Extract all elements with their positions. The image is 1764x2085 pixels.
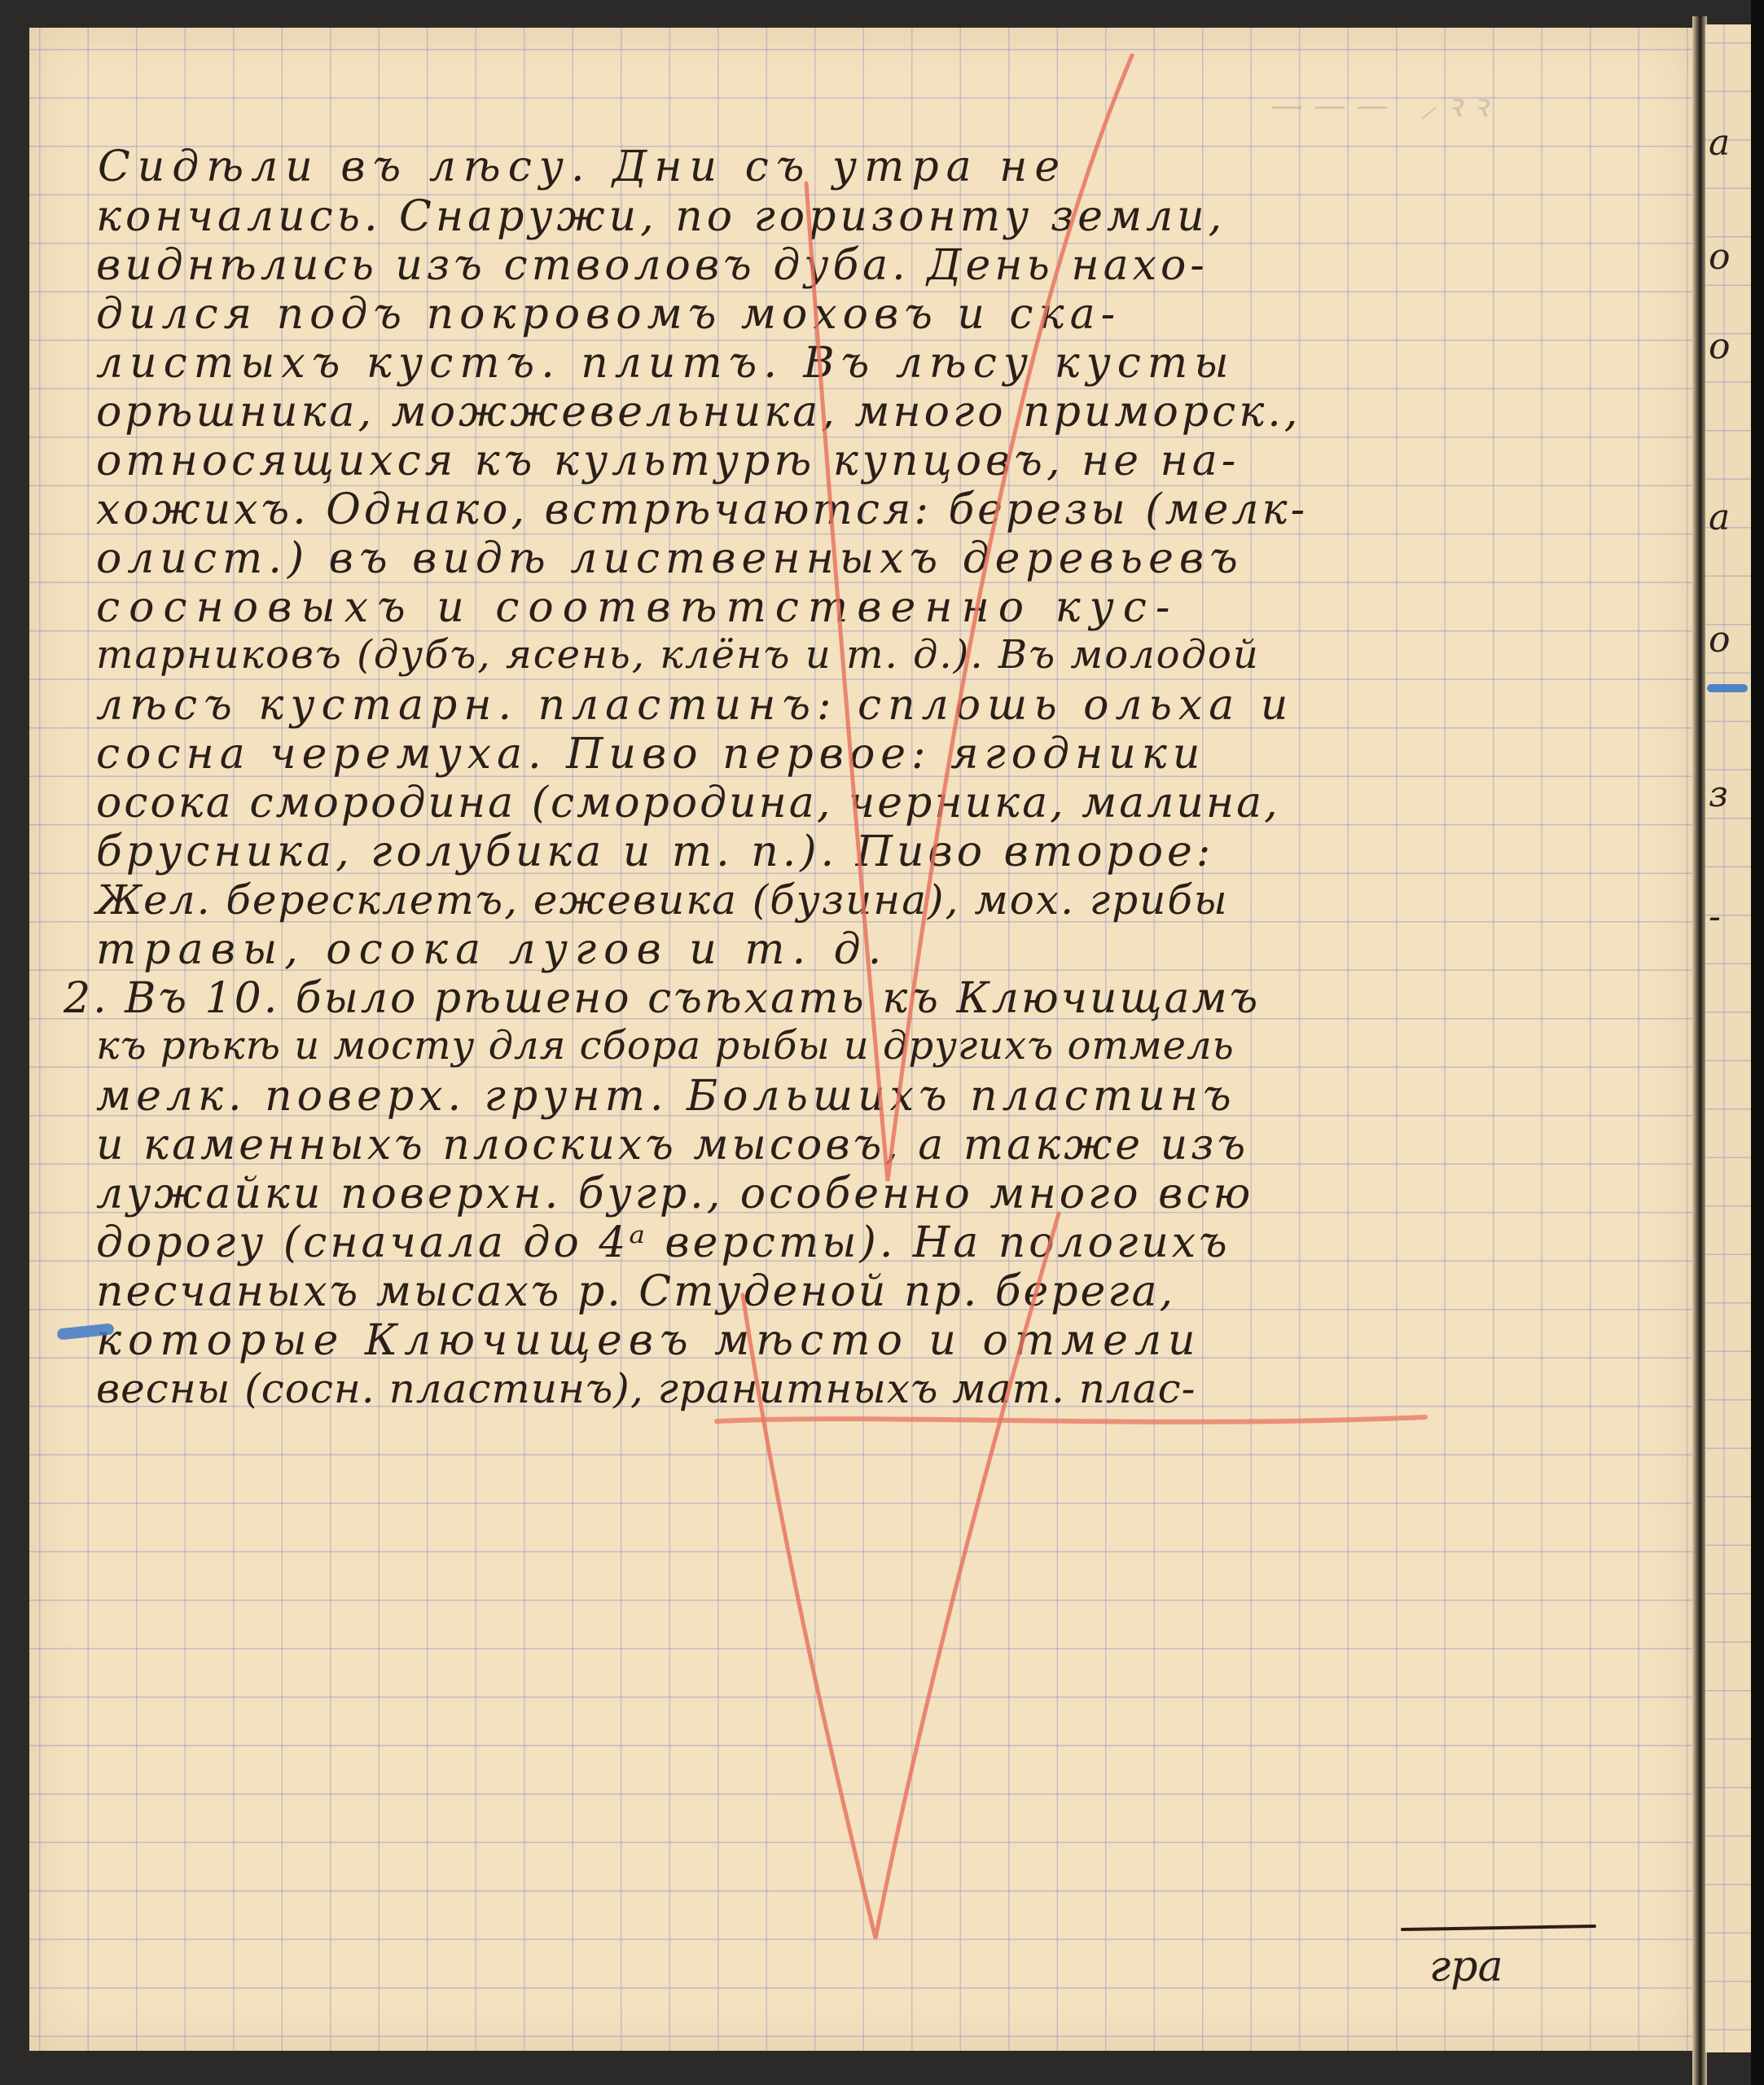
show-through-pencil: — — — ⸝ ꝛ ꝛ (1270, 81, 1488, 126)
text-line: Жел. бересклетъ, ежевика (бузина), мох. … (96, 876, 1229, 924)
text-line: олист.) въ видѣ лиственныхъ деревьевъ (96, 534, 1244, 583)
text-line: кончались. Снаружи, по горизонту земли, (96, 192, 1226, 241)
text-line: дорогу (сначала до 4ᵃ версты). На пологи… (96, 1218, 1231, 1267)
blue-pencil-mark (1707, 684, 1748, 692)
text-line: лужайки поверхн. бугр., особенно много в… (96, 1170, 1253, 1218)
text-line: относящихся къ культурѣ купцовъ, не на- (96, 437, 1240, 485)
text-line: тарниковъ (дубъ, ясень, клёнъ и т. д.). … (96, 632, 1260, 678)
adjacent-fragment: о (1709, 236, 1731, 278)
text-line: травы, осока лугов и т. д. (96, 925, 889, 974)
adjacent-fragment: о (1709, 619, 1731, 661)
adjacent-fragment: з (1709, 774, 1728, 815)
text-line: брусника, голубика и т. п.). Пиво второе… (96, 827, 1214, 876)
text-line: листыхъ кустъ. плитъ. Въ лѣсу кусты (96, 339, 1235, 388)
text-line: орѣшника, можжевельника, много приморск.… (96, 388, 1301, 437)
text-line: къ рѣкѣ и мосту для сбора рыбы и другихъ… (96, 1023, 1235, 1069)
text-line: сосновыхъ и соотвѣтственно кус- (96, 583, 1178, 632)
text-line: которые Ключищевъ мѣсто и отмели (96, 1316, 1202, 1365)
text-line: и каменныхъ плоскихъ мысовъ, а также изъ (96, 1121, 1248, 1170)
text-line: весны (сосн. пластинъ), гранитныхъ мат. … (96, 1365, 1196, 1412)
text-line: мелк. поверх. грунт. Большихъ пластинъ (96, 1072, 1236, 1121)
text-line: дился подъ покровомъ моховъ и ска- (96, 290, 1121, 339)
adjacent-fragment: о (1709, 326, 1731, 367)
text-line: сосна черемуха. Пиво первое: ягодники (96, 730, 1205, 779)
text-line: песчаныхъ мысахъ р. Студеной пр. берега, (96, 1267, 1175, 1316)
text-line: Сидѣли въ лѣсу. Дни съ утра не (98, 143, 1067, 191)
text-line: виднѣлись изъ стволовъ дуба. День нахо- (96, 241, 1209, 290)
signature: гра (1429, 1942, 1503, 1991)
text-line: лѣсъ кустарн. пластинъ: сплошь ольха и (96, 681, 1294, 730)
text-line: 2. Въ 10. было рѣшено съѣхать къ Ключища… (64, 974, 1260, 1023)
adjacent-fragment: а (1709, 497, 1730, 538)
text-line: осока смородина (смородина, черника, мал… (96, 779, 1280, 827)
text-line: хожихъ. Однако, встрѣчаются: березы (мел… (96, 485, 1308, 534)
adjacent-fragment: - (1709, 896, 1721, 937)
scan-border (1751, 0, 1764, 2085)
adjacent-fragment: а (1709, 122, 1730, 164)
